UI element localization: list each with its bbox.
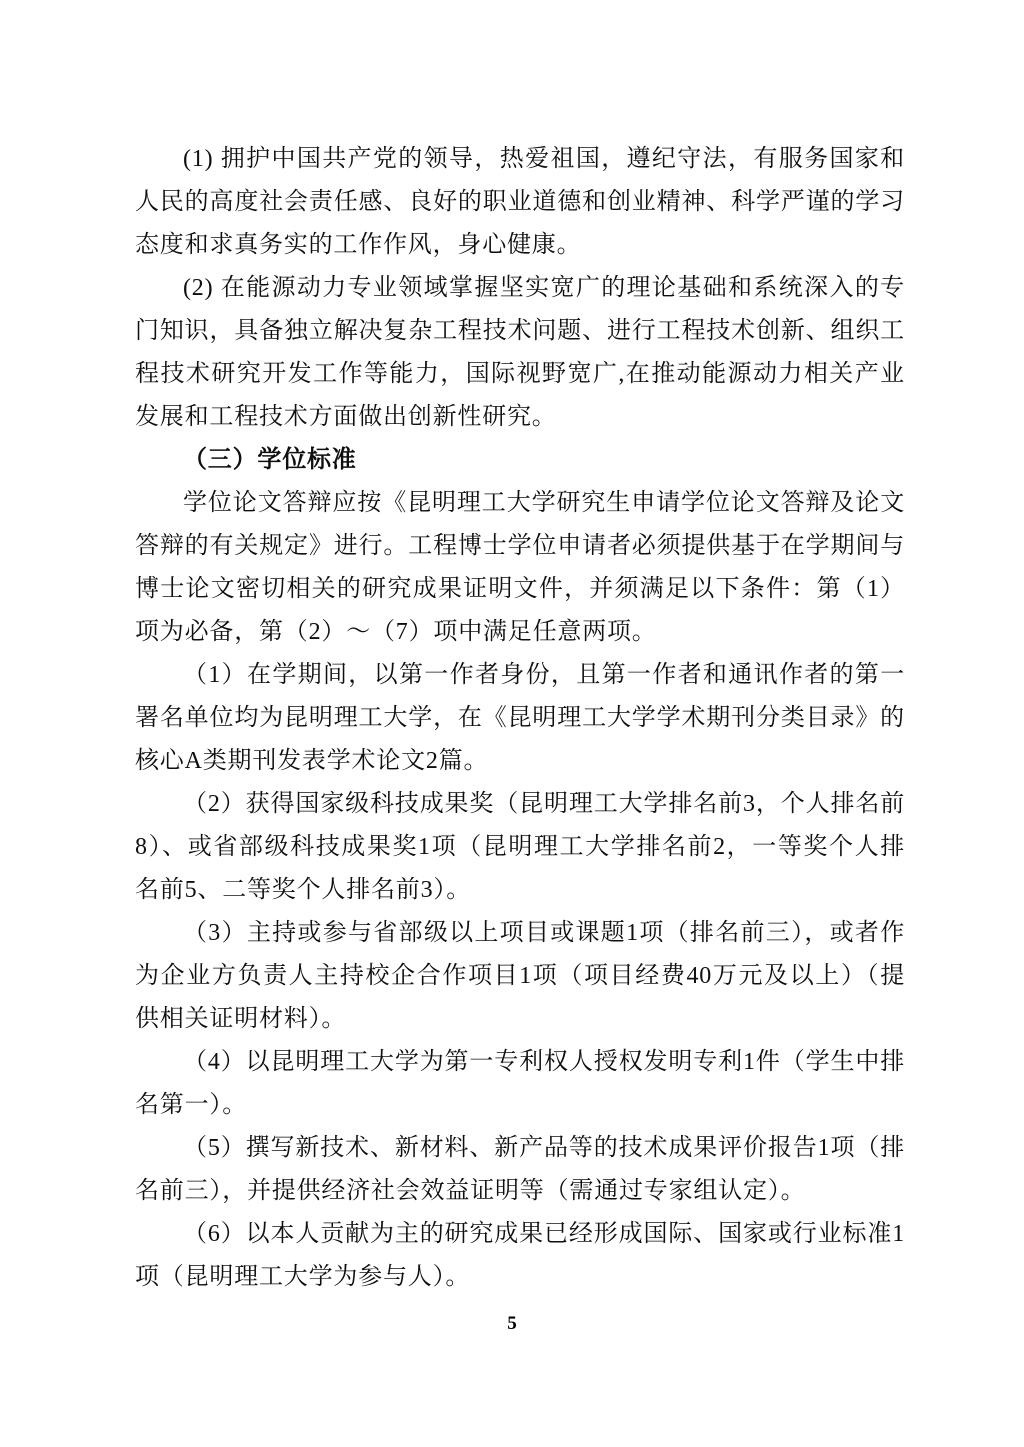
document-body: (1) 拥护中国共产党的领导，热爱祖国，遵纪守法，有服务国家和人民的高度社会责任…: [135, 138, 905, 1299]
paragraph-defense-rules: 学位论文答辩应按《昆明理工大学研究生申请学位论文答辩及论文答辩的有关规定》进行。…: [135, 482, 905, 654]
paragraph-condition-4: （4）以昆明理工大学为第一专利权人授权发明专利1件（学生中排名第一）。: [135, 1041, 905, 1127]
paragraph-condition-5: （5）撰写新技术、新材料、新产品等的技术成果评价报告1项（排名前三），并提供经济…: [135, 1127, 905, 1213]
paragraph-condition-2: （2）获得国家级科技成果奖（昆明理工大学排名前3，个人排名前8）、或省部级科技成…: [135, 783, 905, 912]
paragraph-condition-3: （3）主持或参与省部级以上项目或课题1项（排名前三），或者作为企业方负责人主持校…: [135, 912, 905, 1041]
paragraph-requirement-1: (1) 拥护中国共产党的领导，热爱祖国，遵纪守法，有服务国家和人民的高度社会责任…: [135, 138, 905, 267]
page-footer: 5: [0, 1313, 1024, 1335]
page-number: 5: [507, 1313, 517, 1334]
section-heading-degree-standard: （三）学位标准: [135, 439, 905, 482]
paragraph-requirement-2: (2) 在能源动力专业领域掌握坚实宽广的理论基础和系统深入的专门知识，具备独立解…: [135, 267, 905, 439]
paragraph-condition-1: （1）在学期间，以第一作者身份，且第一作者和通讯作者的第一署名单位均为昆明理工大…: [135, 654, 905, 783]
paragraph-condition-6: （6）以本人贡献为主的研究成果已经形成国际、国家或行业标准1项（昆明理工大学为参…: [135, 1213, 905, 1299]
document-page: (1) 拥护中国共产党的领导，热爱祖国，遵纪守法，有服务国家和人民的高度社会责任…: [0, 0, 1024, 1447]
